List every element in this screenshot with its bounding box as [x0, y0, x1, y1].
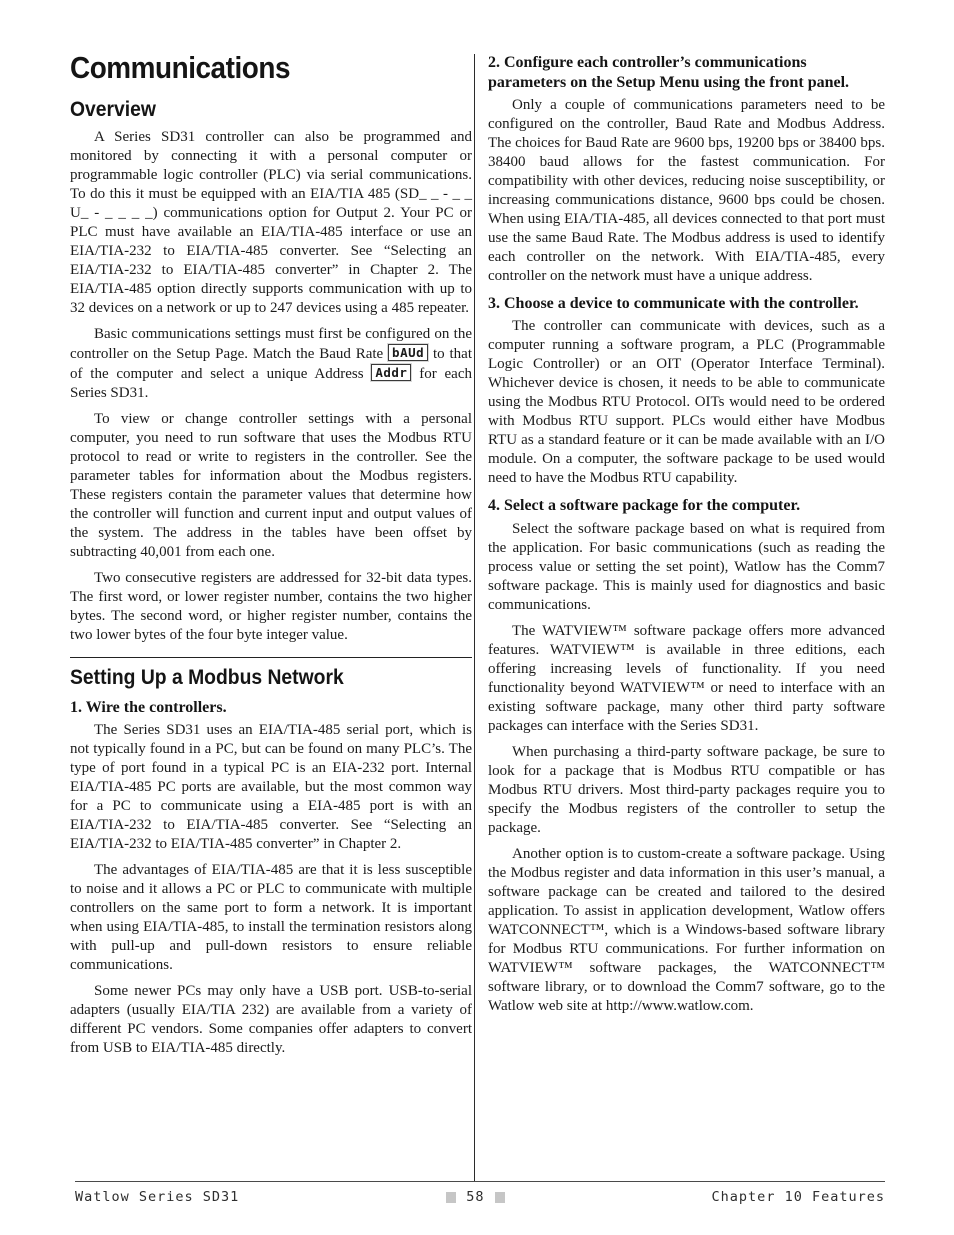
footer-page-number: 58 — [466, 1189, 484, 1205]
overview-paragraph-1: A Series SD31 controller can also be pro… — [70, 128, 472, 318]
footer-rule — [75, 1181, 885, 1182]
footer-chapter-label: Chapter 10 Features — [712, 1189, 885, 1205]
overview-paragraph-3: To view or change controller settings wi… — [70, 410, 472, 562]
footer-page-indicator: 58 — [446, 1189, 504, 1205]
step4-paragraph-2: The WATVIEW™ software package offers mor… — [488, 622, 885, 736]
section-divider — [70, 657, 472, 658]
step2-paragraph-1: Only a couple of communications paramete… — [488, 96, 885, 286]
manual-page: Communications Overview A Series SD31 co… — [0, 0, 954, 1235]
step2-heading: 2. Configure each controller’s communica… — [488, 53, 885, 93]
addr-display: Addr — [371, 364, 411, 381]
step4-heading: 4. Select a software package for the com… — [488, 496, 885, 516]
page-title: Communications — [70, 50, 432, 86]
overview-heading: Overview — [70, 98, 440, 122]
step3-paragraph-1: The controller can communicate with devi… — [488, 317, 885, 488]
overview-paragraph-2: Basic communications settings must first… — [70, 325, 472, 403]
left-column: Communications Overview A Series SD31 co… — [70, 50, 472, 1065]
footer-document-title: Watlow Series SD31 — [75, 1189, 239, 1205]
modbus-heading: Setting Up a Modbus Network — [70, 666, 440, 690]
page-number-marker-left — [446, 1192, 456, 1203]
overview-paragraph-4: Two consecutive registers are addressed … — [70, 569, 472, 645]
step1-heading: 1. Wire the controllers. — [70, 698, 472, 718]
step1-paragraph-3: Some newer PCs may only have a USB port.… — [70, 982, 472, 1058]
right-column: 2. Configure each controller’s communica… — [488, 53, 885, 1023]
step3-heading: 3. Choose a device to communicate with t… — [488, 294, 885, 314]
step1-paragraph-2: The advantages of EIA/TIA-485 are that i… — [70, 861, 472, 975]
column-divider — [474, 54, 475, 1181]
step4-paragraph-1: Select the software package based on wha… — [488, 520, 885, 615]
footer: Watlow Series SD31 58 Chapter 10 Feature… — [75, 1189, 885, 1205]
step1-paragraph-1: The Series SD31 uses an EIA/TIA-485 seri… — [70, 721, 472, 854]
baud-display: bAUd — [388, 344, 428, 361]
page-number-marker-right — [495, 1192, 505, 1203]
step4-paragraph-4: Another option is to custom-create a sof… — [488, 845, 885, 1016]
step4-paragraph-3: When purchasing a third-party software p… — [488, 743, 885, 838]
